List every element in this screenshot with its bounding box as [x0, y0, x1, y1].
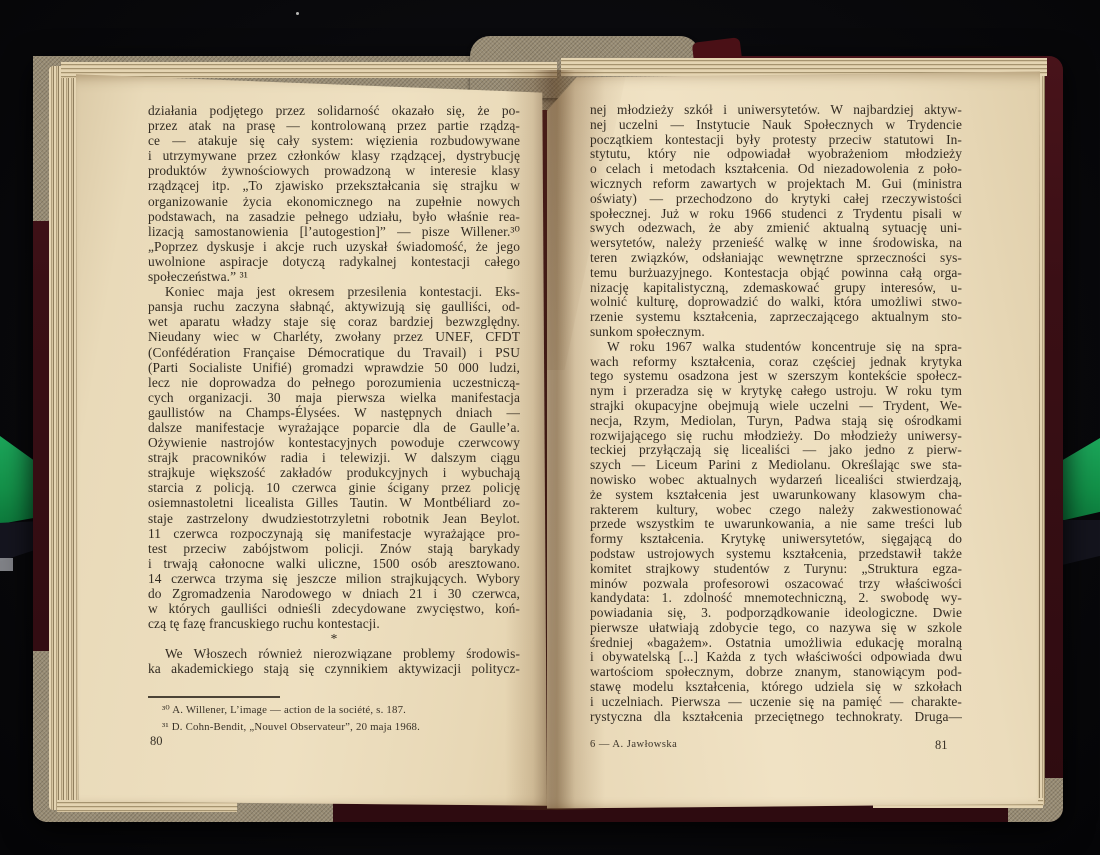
text-line: strajki okupacyjne obejmują wiele uczeln… — [590, 399, 962, 414]
text-line: cych organizacji. 30 maja pierwsza wielk… — [148, 390, 520, 405]
text-line: nej młodzieży szkół i uniwersytetów. W n… — [590, 103, 962, 118]
text-line: początkiem kontestacji były protesty prz… — [590, 133, 962, 148]
text-line: strajk pracowników radia i telewizji. W … — [148, 450, 520, 465]
text-line: 11 czerwca rozpoczynają się manifestacje… — [148, 526, 520, 541]
text-line: czą tę fazę francuskiego ruchu kontestac… — [148, 616, 520, 631]
text-line: „Poprzez dyskusje i akcje ruch uzyskał ś… — [148, 239, 520, 254]
text-line: We Włoszech również nierozwiązane proble… — [148, 646, 520, 661]
text-line: osiemnastoletni licealista Gilles Tautin… — [148, 495, 520, 510]
text-line: pansja ruchu zaczyna słabnąć, aktywizują… — [148, 299, 520, 314]
text-line: formy kształcenia. Krytykę uniwersytetów… — [590, 532, 962, 547]
text-line: średniej «bagażem». Ostatnia umożliwia e… — [590, 636, 962, 651]
text-line: W roku 1967 walka studentów koncentruje … — [590, 340, 962, 355]
footnote-separator — [148, 696, 280, 698]
gray-tab — [0, 558, 13, 571]
text-line: rystyczna dla kształcenia przeciętnego t… — [590, 710, 962, 725]
text-line: wartościom społecznym, dobrze znanym, st… — [590, 665, 962, 680]
right-page: nej młodzieży szkół i uniwersytetów. W n… — [547, 70, 1040, 810]
text-line: wet aparatu władzy staje się coraz bardz… — [148, 314, 520, 329]
text-line: rozwijającego się ruchu młodzieży. Do mł… — [590, 429, 962, 444]
left-page: działania podjętego przez solidarność ok… — [76, 72, 547, 808]
text-line: sunkom społecznym. — [590, 325, 962, 340]
text-line: wicznych reform zawartych w projektach M… — [590, 177, 962, 192]
text-line: dalsze manifestacje wyrażające poparcie … — [148, 420, 520, 435]
text-line: teckiej przyłączają się licealiści — jak… — [590, 443, 962, 458]
text-line: kandydata: 1. zdolność mnemotechniczną, … — [590, 591, 962, 606]
text-line: i obywatelską [...] Każda z tych właściw… — [590, 650, 962, 665]
ribbon-shadow-right — [1058, 520, 1100, 566]
text-line: oświaty) — przechodzono do krytyki całej… — [590, 192, 962, 207]
text-line: o celach i metodach kształcenia. Od niez… — [590, 162, 962, 177]
page-edges-left — [49, 66, 79, 810]
text-line: (Parti Socialiste Unifié) gromadzi wpraw… — [148, 360, 520, 375]
text-line: powiadania się, 3. podporządkowanie ideo… — [590, 606, 962, 621]
text-line: minów pozwala profesorowi oszacować trzy… — [590, 577, 962, 592]
text-line: rzenie systemu kształcenia, zaprzeczając… — [590, 310, 962, 325]
text-line: (Confédération Française Démocratique du… — [148, 345, 520, 360]
text-line: uwolnione aspiracje dotyczą radykalnej k… — [148, 254, 520, 269]
text-line: nej uczelni — Instytucie Nauk Społecznyc… — [590, 118, 962, 133]
open-book: działania podjętego przez solidarność ok… — [33, 56, 1063, 822]
text-line: staje zastrzelony dwudziestotrzyletni ro… — [148, 511, 520, 526]
text-line: pierwsze ułatwiają zdobycie tego, co naz… — [590, 621, 962, 636]
text-line: wolnić kulturę, doprowadzić do walki, kt… — [590, 295, 962, 310]
text-line: do Zgromadzenia Narodowego w dniach 21 i… — [148, 586, 520, 601]
text-line: test przeciw zabójstwom policji. Znów st… — [148, 541, 520, 556]
text-line: rządzącej itp. „To zjawisko przekształca… — [148, 178, 520, 193]
footnote-31: ³¹ D. Cohn-Bendit, „Nouvel Observateur”,… — [148, 719, 534, 736]
text-line: w których gaulliści odnieśli zdecydowane… — [148, 601, 520, 616]
text-line: komitet strajkowy studentów z Turynu: „S… — [590, 562, 962, 577]
text-line: ce — atakuje się cały system: więzienia … — [148, 133, 520, 148]
text-line: że system kształcenia jest uwarunkowany … — [590, 488, 962, 503]
text-line: i uczelniach. Pierwsza — uczenie się na … — [590, 695, 962, 710]
text-line: przez atak na prasę — kontrolowaną przez… — [148, 118, 520, 133]
text-line: podstawach, na zasadzie pełnego udziału,… — [148, 209, 520, 224]
text-line: przede wszystkim te uwarunkowania, a nie… — [590, 517, 962, 532]
text-line: wersytetów, należy przenieść walkę w inn… — [590, 236, 962, 251]
printer-signature: 6 — A. Jawłowska — [590, 739, 677, 750]
text-line: Ożywienie nastrojów kontestacyjnych powo… — [148, 435, 520, 450]
left-page-text: działania podjętego przez solidarność ok… — [148, 103, 520, 677]
text-line: strajkuje większość zakładów produkcyjny… — [148, 465, 520, 480]
text-line: organizowanie życia ekonomicznego na zup… — [148, 194, 520, 209]
text-line: i utrzymywane przez członków klasy rządz… — [148, 148, 520, 163]
text-line: Nieudany wiec w Charléty, zwołany przez … — [148, 329, 520, 344]
text-line: gaullistów na Champs-Élysées. W następny… — [148, 405, 520, 420]
text-line: teren związków, odsłaniając wewnętrzne s… — [590, 251, 962, 266]
text-line: produktów żywnościowych prowadzoną w int… — [148, 163, 520, 178]
text-line: nym i przeradza się w krytykę całego ust… — [590, 384, 962, 399]
text-line: wach reformy kształcenia, coraz częściej… — [590, 355, 962, 370]
photo-stage: działania podjętego przez solidarność ok… — [0, 0, 1100, 855]
text-line: stytutu, który nie odpowiadał wyobrażeni… — [590, 147, 962, 162]
text-line: Koniec maja jest okresem przesilenia kon… — [148, 284, 520, 299]
page-number-right: 81 — [935, 738, 948, 753]
text-line: temu burżuazyjnego. Kontestacja objąć po… — [590, 266, 962, 281]
text-line: działania podjętego przez solidarność ok… — [148, 103, 520, 118]
text-line: starcia z policją. 10 czerwca ginie ścig… — [148, 480, 520, 495]
page-edges-top-left — [61, 62, 557, 78]
page-number-left: 80 — [150, 734, 163, 749]
text-line: i trwają całonocne walki uliczne, 1500 o… — [148, 556, 520, 571]
text-line: stawę modelu kształcenia, którego udziel… — [590, 680, 962, 695]
text-line: rakterem kultury, wobec czego należy zak… — [590, 503, 962, 518]
text-line: 14 czerwca trzyma się jeszcze milion str… — [148, 571, 520, 586]
right-page-text: nej młodzieży szkół i uniwersytetów. W n… — [590, 103, 962, 724]
text-line: szych — Liceum Parini z Mediolanu. Okreś… — [590, 458, 962, 473]
text-line: necja, Rzym, Mediolan, Turyn, Padwa staj… — [590, 414, 962, 429]
text-line: swych odezwach, że aby zmienić aktualną … — [590, 221, 962, 236]
dust-speck — [296, 12, 299, 15]
text-line: lizacją samostanowienia [l’autogestion]”… — [148, 224, 520, 239]
text-line: nowisko wobec aktualnych wydarzeń liceal… — [590, 473, 962, 488]
text-line: lecz nie doprowadza do pełnego porozumie… — [148, 375, 520, 390]
text-line: podstaw ustrojowych systemu kształcenia,… — [590, 547, 962, 562]
text-line: tego systemu osadzona jest w szerszym ko… — [590, 369, 962, 384]
text-line: społeczeństwa.” ³¹ — [148, 269, 520, 284]
text-line: nizację kapitalistyczną, zdemaskować gru… — [590, 281, 962, 296]
text-line: społecznej. Już w roku 1966 studenci z T… — [590, 207, 962, 222]
footnote-30: ³⁰ A. Willener, L’image — action de la s… — [148, 702, 534, 719]
text-line: * — [148, 631, 520, 646]
text-line: ka akademickiego stają się czynnikiem ak… — [148, 661, 520, 676]
